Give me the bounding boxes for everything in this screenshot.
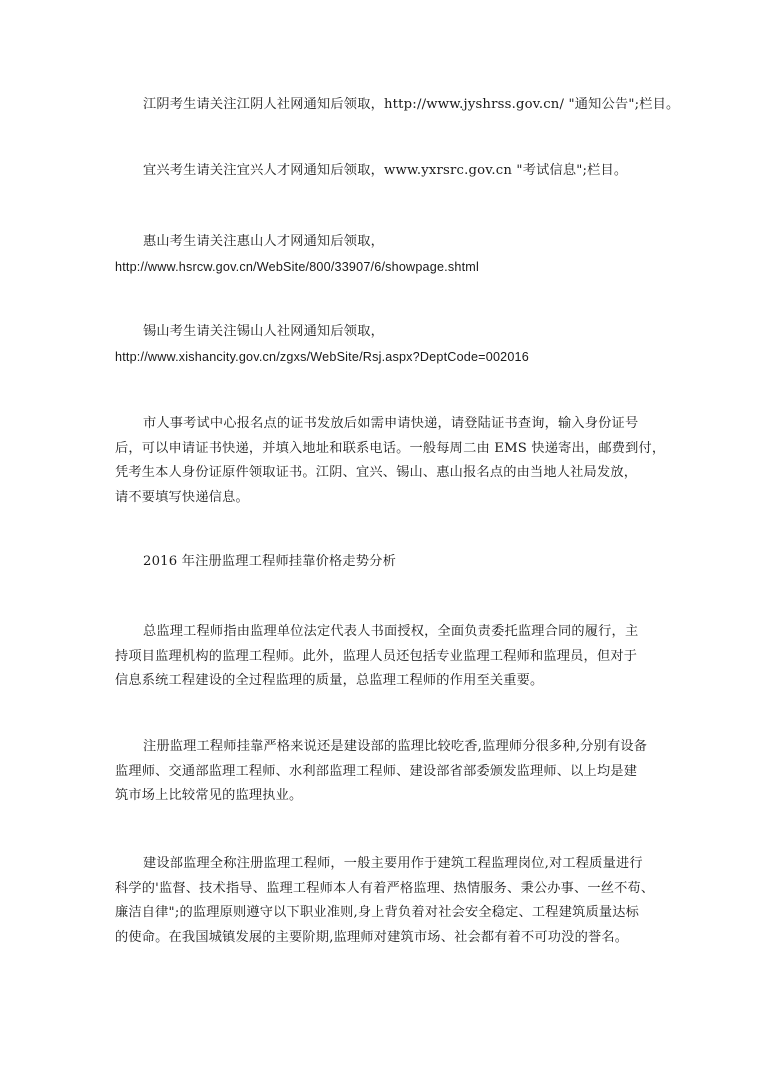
text-line: 市人事考试中心报名点的证书发放后如需申请快递，请登陆证书查询，输入身份证号 xyxy=(115,412,655,437)
text-line: 总监理工程师指由监理单位法定代表人书面授权，全面负责委托监理合同的履行，主 xyxy=(115,620,655,645)
text-line: 凭考生本人身份证原件领取证书。江阴、宜兴、锡山、惠山报名点的由当地人社局发放， xyxy=(115,461,655,486)
section-heading: 2016 年注册监理工程师挂靠价格走势分析 xyxy=(115,550,655,575)
text-line: 监理师、交通部监理工程师、水利部监理工程师、建设部省部委颁发监理师、以上均是建 xyxy=(115,760,655,785)
heading-text: 2016 年注册监理工程师挂靠价格走势分析 xyxy=(115,550,655,575)
text-line: 锡山考生请关注锡山人社网通知后领取， xyxy=(115,320,655,345)
text-line: 惠山考生请关注惠山人才网通知后领取， xyxy=(115,230,655,255)
paragraph-registration: 注册监理工程师挂靠严格来说还是建设部的监理比较吃香,监理师分很多种,分别有设备 … xyxy=(115,735,655,809)
paragraph-huishan: 惠山考生请关注惠山人才网通知后领取， http://www.hsrcw.gov.… xyxy=(115,230,655,279)
text-line: 建设部监理全称注册监理工程师，一般主要用作于建筑工程监理岗位,对工程质量进行 xyxy=(115,852,655,877)
paragraph-chief-supervisor: 总监理工程师指由监理单位法定代表人书面授权，全面负责委托监理合同的履行，主 持项… xyxy=(115,620,655,694)
paragraph-xishan: 锡山考生请关注锡山人社网通知后领取， http://www.xishancity… xyxy=(115,320,655,369)
text-line: 筑市场上比较常见的监理执业。 xyxy=(115,784,655,809)
text-line: 后，可以申请证书快递，并填入地址和联系电话。一般每周二由 EMS 快递寄出，邮费… xyxy=(115,437,655,462)
paragraph-certificate-delivery: 市人事考试中心报名点的证书发放后如需申请快递，请登陆证书查询，输入身份证号 后，… xyxy=(115,412,655,510)
text-line: 江阴考生请关注江阴人社网通知后领取，http://www.jyshrss.gov… xyxy=(115,93,655,118)
text-line: 信息系统工程建设的全过程监理的质量，总监理工程师的作用至关重要。 xyxy=(115,669,655,694)
text-line: 的使命。在我国城镇发展的主要阶期,监理师对建筑市场、社会都有着不可功没的誉名。 xyxy=(115,926,655,951)
xishan-url-link[interactable]: http://www.xishancity.gov.cn/zgxs/WebSit… xyxy=(115,345,655,370)
text-line: 宜兴考生请关注宜兴人才网通知后领取，www.yxrsrc.gov.cn "考试信… xyxy=(115,159,655,184)
text-line: 廉洁自律";的监理原则遵守以下职业准则,身上背负着对社会安全稳定、工程建筑质量达… xyxy=(115,901,655,926)
text-line: 注册监理工程师挂靠严格来说还是建设部的监理比较吃香,监理师分很多种,分别有设备 xyxy=(115,735,655,760)
text-line: 持项目监理机构的监理工程师。此外，监理人员还包括专业监理工程师和监理员，但对于 xyxy=(115,645,655,670)
text-line: 科学的'监督、技术指导、监理工程师本人有着严格监理、热情服务、秉公办事、一丝不苟… xyxy=(115,877,655,902)
paragraph-ministry-supervisor: 建设部监理全称注册监理工程师，一般主要用作于建筑工程监理岗位,对工程质量进行 科… xyxy=(115,852,655,950)
text-line: 请不要填写快递信息。 xyxy=(115,486,655,511)
paragraph-yixing: 宜兴考生请关注宜兴人才网通知后领取，www.yxrsrc.gov.cn "考试信… xyxy=(115,159,655,184)
huishan-url-link[interactable]: http://www.hsrcw.gov.cn/WebSite/800/3390… xyxy=(115,255,655,280)
paragraph-jiangyin: 江阴考生请关注江阴人社网通知后领取，http://www.jyshrss.gov… xyxy=(115,93,655,118)
